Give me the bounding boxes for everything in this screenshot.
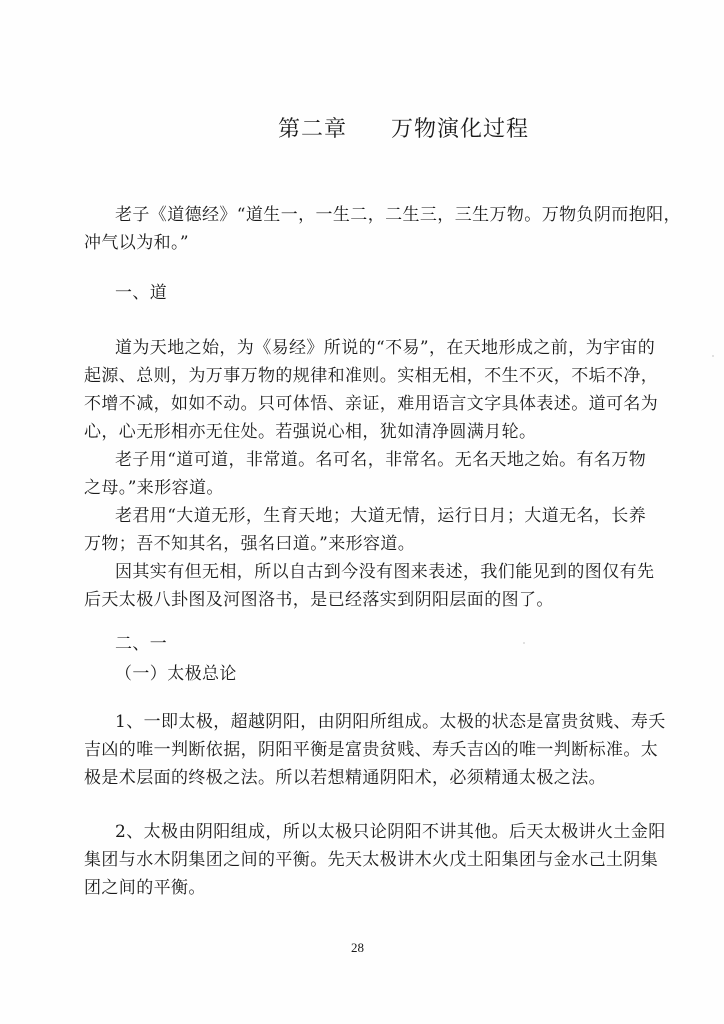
paragraph-line: 不增不减，如如不动。只可体悟、亲证，难用语言文字具体表述。道可名为 [84,394,658,414]
paragraph-line: 团之间的平衡。 [84,878,206,898]
chapter-number: 第二章 [278,117,347,142]
scan-speck [523,642,525,644]
intro-line: 冲气以为和。” [84,233,189,253]
paragraph-line: 万物；吾不知其名，强名曰道。”来形容道。 [84,534,415,554]
paragraph-line: 集团与水木阴集团之间的平衡。先天太极讲木火戊土阳集团与金水己土阴集 [84,850,658,870]
section-heading-dao: 一、道 [115,283,167,303]
document-page: 第二章万物演化过程 老子《道德经》“道生一，一生二，二生三，三生万物。万物负阴而… [0,0,724,1024]
paragraph-line: 吉凶的唯一判断依据，阴阳平衡是富贵贫贱、寿夭吉凶的唯一判断标准。太 [84,740,658,760]
paragraph-line: 1、一即太极，超越阴阳，由阴阳所组成。太极的状态是富贵贫贱、寿夭 [115,712,666,732]
paragraph-line: 因其实有但无相，所以自古到今没有图来表述，我们能见到的图仅有先 [115,562,654,582]
paragraph-line: 道为天地之始，为《易经》所说的“不易”，在天地形成之前，为宇宙的 [115,338,655,358]
chapter-title: 第二章万物演化过程 [278,116,529,144]
paragraph-line: 心，心无形相亦无住处。若强说心相，犹如清净圆满月轮。 [84,422,536,442]
paragraph-line: 老君用“大道无形，生育天地；大道无情，运行日月；大道无名，长养 [115,506,646,526]
scan-speck [712,355,714,357]
paragraph-line: 起源、总则，为万事万物的规律和准则。实相无相，不生不灭，不垢不净， [84,366,658,386]
chapter-name: 万物演化过程 [391,117,529,142]
paragraph-line: 2、太极由阴阳组成，所以太极只论阴阳不讲其他。后天太极讲火土金阳 [115,822,666,842]
paragraph-line: 老子用“道可道，非常道。名可名，非常名。无名天地之始。有名万物 [115,450,646,470]
intro-line: 老子《道德经》“道生一，一生二，二生三，三生万物。万物负阴而抱阳， [115,205,681,225]
paragraph-line: 极是术层面的终极之法。所以若想精通阴阳术，必须精通太极之法。 [84,768,606,788]
paragraph-line: 后天太极八卦图及河图洛书，是已经落实到阴阳层面的图了。 [84,590,554,610]
section-heading-yi: 二、一 [115,634,167,654]
subsection-heading-taiji: （一）太极总论 [115,664,237,684]
paragraph-line: 之母。”来形容道。 [84,478,224,498]
page-number: 28 [351,940,364,956]
